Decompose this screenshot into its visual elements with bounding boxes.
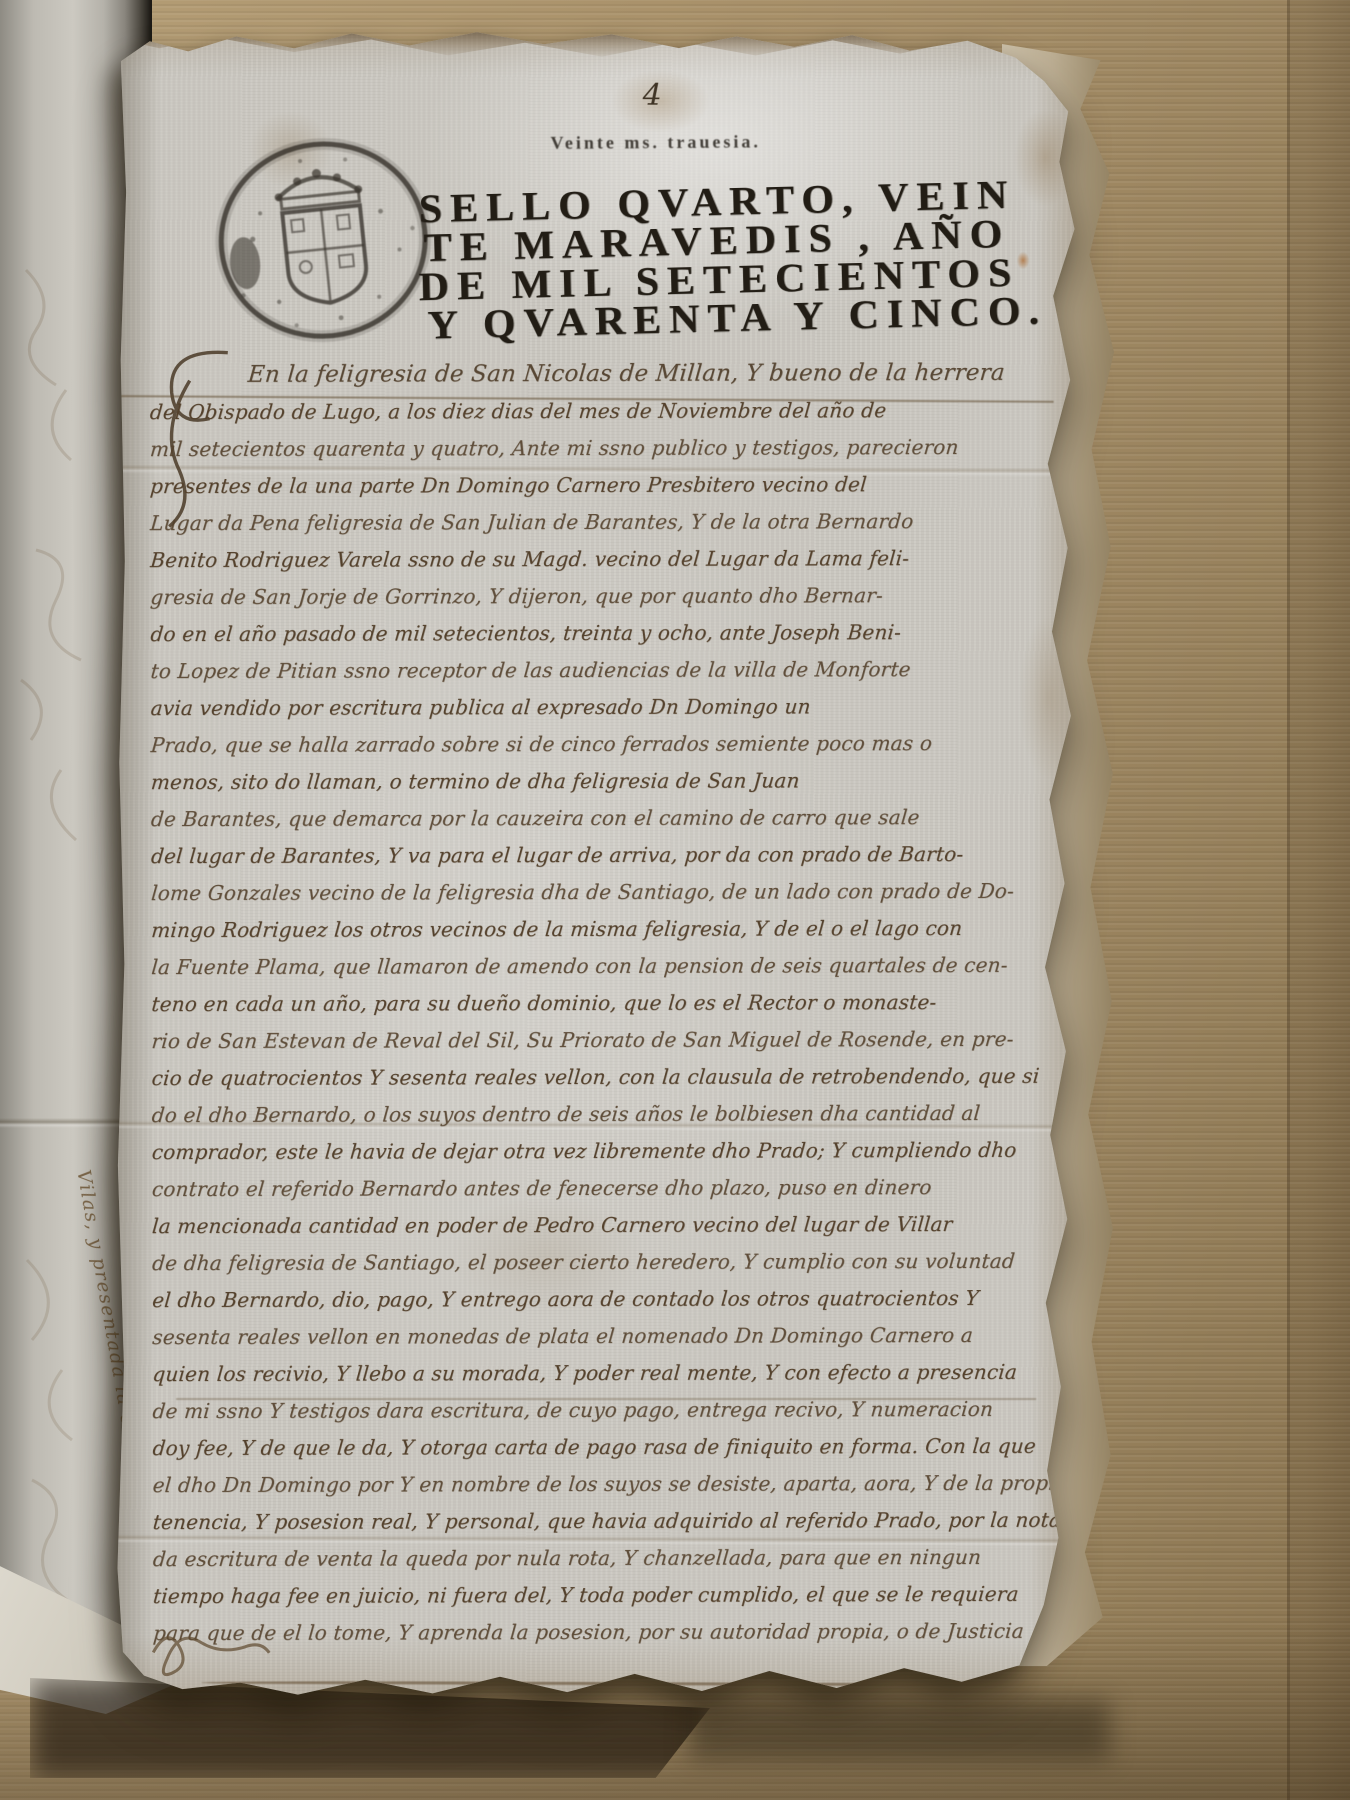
manuscript-line: Prado, que se halla zarrado sobre si de … bbox=[149, 725, 1058, 764]
manuscript-line: para que de el lo tome, Y aprenda la pos… bbox=[152, 1613, 1061, 1652]
manuscript-line: teno en cada un año, para su dueño domin… bbox=[150, 984, 1059, 1023]
manuscript-line: mil setecientos quarenta y quatro, Ante … bbox=[148, 429, 1057, 468]
ink-scratch-line bbox=[176, 1398, 1036, 1400]
manuscript-line: rio de San Estevan de Reval del Sil, Su … bbox=[150, 1021, 1059, 1060]
manuscript-line: mingo Rodriguez los otros vecinos de la … bbox=[150, 910, 1059, 949]
manuscript-line: de Barantes, que demarca por la cauzeira… bbox=[149, 799, 1058, 838]
manuscript-line: comprador, este le havia de dejar otra v… bbox=[150, 1132, 1059, 1171]
cast-shadow bbox=[690, 1700, 1110, 1760]
manuscript-line: quien los recivio, Y llebo a su morada, … bbox=[151, 1354, 1060, 1393]
manuscript-line: la Fuente Plama, que llamaron de amendo … bbox=[150, 947, 1059, 986]
notary-rubric-flourish-icon bbox=[145, 1612, 275, 1698]
manuscript-line: del lugar de Barantes, Y va para el luga… bbox=[150, 836, 1059, 875]
sello-printed-text: SELLO QVARTO, VEIN TE MARAVEDIS , AÑO DE… bbox=[418, 175, 1084, 347]
manuscript-sheet: 4 Veinte ms. trauesia. SELLO QVARTO, VEI… bbox=[115, 24, 1083, 1705]
torn-top-edge bbox=[121, 24, 1083, 61]
manuscript-line: do en el año pasado de mil setecientos, … bbox=[149, 614, 1058, 653]
manuscript-line: En la feligresia de San Nicolas de Milla… bbox=[148, 355, 1057, 394]
manuscript-line: cio de quatrocientos Y sesenta reales ve… bbox=[150, 1058, 1059, 1097]
manuscript-line: to Lopez de Pitian ssno receptor de las … bbox=[149, 651, 1058, 690]
manuscript-line: tenencia, Y posesion real, Y personal, q… bbox=[151, 1502, 1060, 1541]
manuscript-line: la mencionada cantidad en poder de Pedro… bbox=[151, 1206, 1060, 1245]
manuscript-line: menos, sito do llaman, o termino de dha … bbox=[149, 762, 1058, 801]
closing-rule-line bbox=[201, 1681, 1069, 1688]
manuscript-line: tiempo haga fee en juicio, ni fuera del,… bbox=[151, 1576, 1060, 1615]
manuscript-line: gresia de San Jorje de Gorrinzo, Y dijer… bbox=[149, 577, 1058, 616]
manuscript-sheet-wrap: 4 Veinte ms. trauesia. SELLO QVARTO, VEI… bbox=[118, 26, 1080, 1704]
manuscript-line: contrato el referido Bernardo antes de f… bbox=[150, 1169, 1059, 1208]
manuscript-line: sesenta reales vellon en monedas de plat… bbox=[151, 1317, 1060, 1356]
manuscript-body: En la feligresia de San Nicolas de Milla… bbox=[150, 355, 1059, 1652]
ghost-writing-icon bbox=[6, 250, 126, 870]
coat-of-arms-stamp-icon bbox=[203, 126, 445, 353]
manuscript-line: presentes de la una parte Dn Domingo Car… bbox=[149, 466, 1058, 505]
photo-of-manuscript-on-cardboard: { "scene": { "description": "Sunlit phot… bbox=[0, 0, 1350, 1800]
manuscript-line: lome Gonzales vecino de la feligresia dh… bbox=[150, 873, 1059, 912]
manuscript-line: Lugar da Pena feligresia de San Julian d… bbox=[149, 503, 1058, 542]
manuscript-line: avia vendido por escritura publica al ex… bbox=[149, 688, 1058, 727]
manuscript-line: do el dho Bernardo, o los suyos dentro d… bbox=[150, 1095, 1059, 1134]
manuscript-line: el dho Bernardo, dio, pago, Y entrego ao… bbox=[151, 1280, 1060, 1319]
manuscript-line: de mi ssno Y testigos dara escritura, de… bbox=[151, 1391, 1060, 1430]
small-stamped-line: Veinte ms. trauesia. bbox=[550, 131, 760, 153]
folio-number-mark: 4 bbox=[643, 78, 662, 113]
manuscript-line: de dha feligresia de Santiago, el poseer… bbox=[151, 1243, 1060, 1282]
manuscript-line: el dho Dn Domingo por Y en nombre de los… bbox=[151, 1465, 1060, 1504]
manuscript-line: Benito Rodriguez Varela ssno de su Magd.… bbox=[149, 540, 1058, 579]
cardboard-fold-band bbox=[1287, 0, 1350, 1800]
manuscript-line: doy fee, Y de que le da, Y otorga carta … bbox=[151, 1428, 1060, 1467]
manuscript-line: da escritura de venta la queda por nula … bbox=[151, 1539, 1060, 1578]
